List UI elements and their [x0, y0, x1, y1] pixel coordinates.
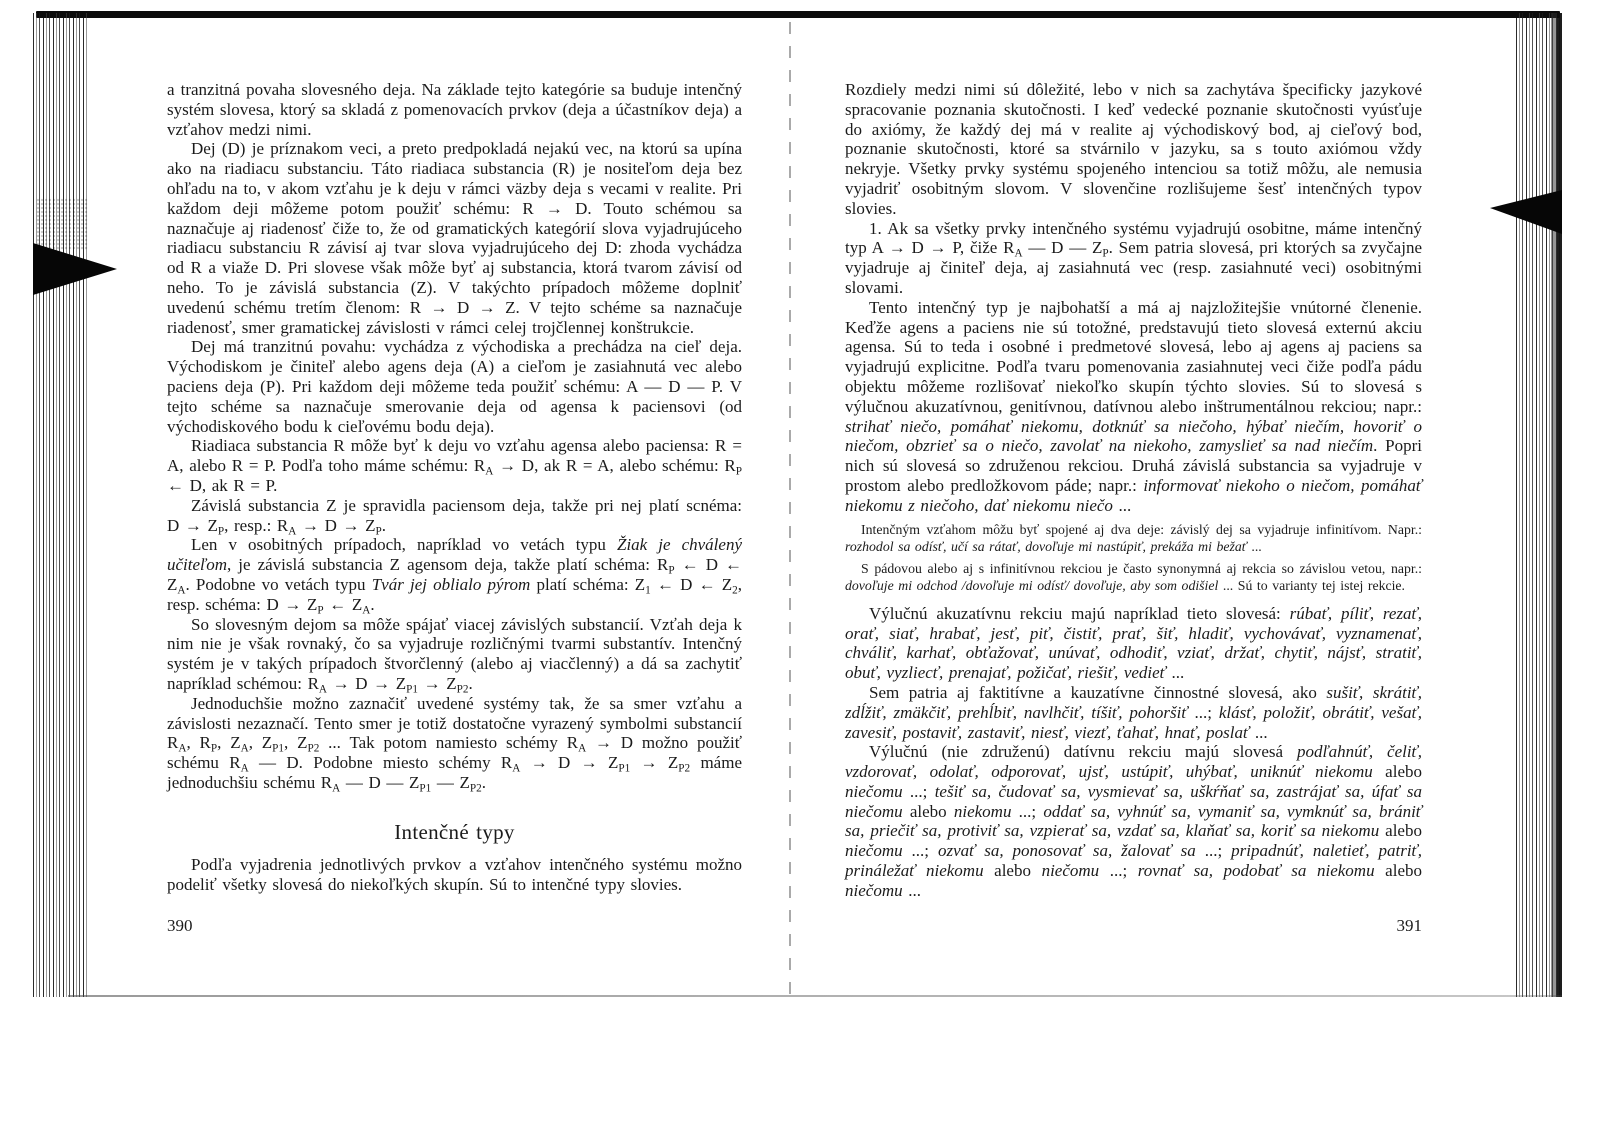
right-page: Rozdiely medzi nimi sú dôležité, lebo v …	[845, 80, 1422, 901]
paragraph: Dej má tranzitnú povahu: vychádza z vých…	[167, 337, 742, 436]
scan-right-wedge	[1490, 190, 1562, 234]
paragraph: Sem patria aj faktitívne a kauzatívne či…	[845, 683, 1422, 742]
paragraph: Len v osobitných prípadoch, napríklad vo…	[167, 535, 742, 614]
paragraph: Výlučnú akuzatívnu rekciu majú napríklad…	[845, 604, 1422, 683]
scan-left-wedge	[33, 243, 117, 295]
paragraph: Dej (D) je príznakom veci, a preto predp…	[167, 139, 742, 337]
book-spine-line	[789, 22, 791, 994]
right-page-text: Rozdiely medzi nimi sú dôležité, lebo v …	[845, 80, 1422, 901]
paragraph: 1. Ak sa všetky prvky intenčného systému…	[845, 219, 1422, 298]
left-page: a tranzitná povaha slovesného deja. Na z…	[167, 80, 742, 895]
paragraph: Výlučnú (nie združenú) datívnu rekciu ma…	[845, 742, 1422, 900]
scan-left-page-edges	[33, 13, 87, 997]
paragraph: S pádovou alebo aj s infinitívnou rekcio…	[845, 560, 1422, 595]
paragraph: Jednoduchšie možno zaznačiť uvedené syst…	[167, 694, 742, 793]
scan-top-edge	[36, 11, 1560, 18]
paragraph: Podľa vyjadrenia jednotlivých prvkov a v…	[167, 855, 742, 895]
paragraph: a tranzitná povaha slovesného deja. Na z…	[167, 80, 742, 139]
paragraph: Rozdiely medzi nimi sú dôležité, lebo v …	[845, 80, 1422, 219]
book-scan: a tranzitná povaha slovesného deja. Na z…	[0, 0, 1600, 1129]
section-heading: Intenčné typy	[167, 823, 742, 843]
paragraph: So slovesným dejom sa môže spájať viacej…	[167, 615, 742, 694]
left-page-text: a tranzitná povaha slovesného deja. Na z…	[167, 80, 742, 895]
left-page-number: 390	[167, 916, 193, 936]
paragraph: Závislá substancia Z je spravidla pacien…	[167, 496, 742, 536]
right-page-number: 391	[1397, 916, 1423, 936]
paragraph: Riadiaca substancia R môže byť k deju vo…	[167, 436, 742, 495]
scan-right-page-edges	[1516, 13, 1562, 997]
paragraph: Tento intenčný typ je najbohatší a má aj…	[845, 298, 1422, 516]
paragraph: Intenčným vzťahom môžu byť spojené aj dv…	[845, 521, 1422, 556]
scan-bottom-edge	[68, 995, 1562, 997]
